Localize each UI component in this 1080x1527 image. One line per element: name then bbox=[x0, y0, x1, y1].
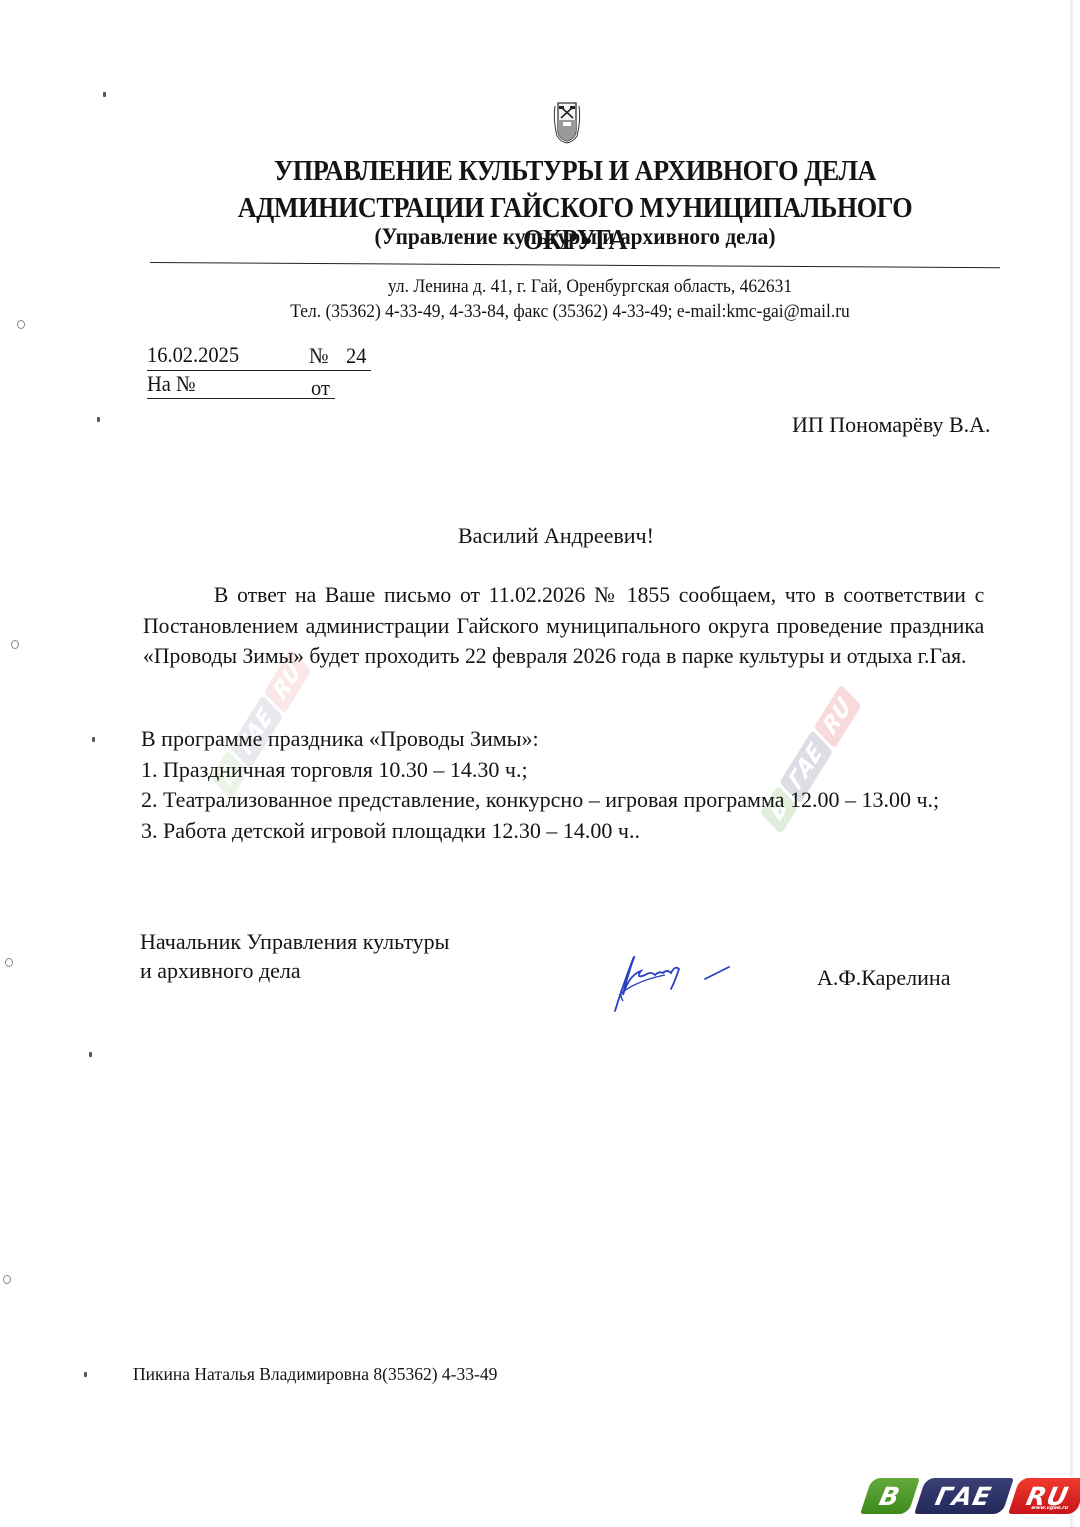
program-intro: В программе праздника «Проводы Зимы»: bbox=[141, 724, 1001, 755]
org-contacts: Тел. (35362) 4-33-49, 4-33-84, факс (353… bbox=[156, 301, 984, 323]
org-short-title: (Управление культуры и архивного дела) bbox=[226, 224, 924, 250]
scan-edge bbox=[1070, 0, 1074, 1527]
program-item: 2. Театрализованное представление, конку… bbox=[141, 785, 997, 816]
scan-mark bbox=[92, 737, 95, 742]
reply-underline bbox=[147, 398, 335, 399]
program-item: 1. Праздничная торговля 10.30 – 14.30 ч.… bbox=[141, 755, 1001, 786]
scan-mark bbox=[11, 640, 19, 649]
scan-mark bbox=[17, 320, 25, 329]
coat-of-arms-icon bbox=[552, 100, 582, 144]
reply-to-label: На № bbox=[147, 371, 196, 397]
scan-mark bbox=[5, 958, 13, 967]
org-title-line1: УПРАВЛЕНИЕ КУЛЬТУРЫ И АРХИВНОГО ДЕЛА bbox=[230, 156, 920, 188]
logo-part-b: B bbox=[860, 1478, 920, 1514]
signer-name: А.Ф.Карелина bbox=[817, 965, 950, 991]
header-divider bbox=[150, 262, 1000, 268]
org-address: ул. Ленина д. 41, г. Гай, Оренбургская о… bbox=[204, 276, 977, 298]
logo-part-gae: ГАЕ bbox=[914, 1478, 1014, 1514]
salutation: Василий Андреевич! bbox=[458, 523, 654, 549]
number-label: № bbox=[309, 343, 329, 369]
outgoing-date: 16.02.2025 bbox=[147, 342, 239, 368]
scan-mark bbox=[97, 417, 100, 422]
logo-part-ru: RUwww.vgae.ru bbox=[1008, 1478, 1080, 1514]
scan-mark bbox=[84, 1372, 87, 1377]
executor-contact: Пикина Наталья Владимировна 8(35362) 4-3… bbox=[133, 1364, 497, 1385]
signature-icon bbox=[605, 945, 745, 1015]
signer-position-line: Начальник Управления культуры bbox=[140, 928, 449, 957]
program-item: 3. Работа детской игровой площадки 12.30… bbox=[141, 816, 1001, 847]
signer-position: Начальник Управления культуры и архивног… bbox=[140, 928, 449, 985]
signer-position-line: и архивного дела bbox=[140, 957, 449, 986]
scan-mark bbox=[103, 92, 106, 97]
scan-mark bbox=[89, 1052, 92, 1057]
scan-mark bbox=[3, 1275, 11, 1284]
site-logo[interactable]: B ГАЕ RUwww.vgae.ru bbox=[866, 1478, 1080, 1514]
body-paragraph: В ответ на Ваше письмо от 11.02.2026 № 1… bbox=[143, 580, 984, 672]
outgoing-number: 24 bbox=[346, 343, 366, 369]
program-list: В программе праздника «Проводы Зимы»: 1.… bbox=[141, 724, 1001, 846]
logo-url: www.vgae.ru bbox=[1030, 1505, 1069, 1511]
recipient: ИП Пономарёву В.А. bbox=[792, 412, 991, 438]
